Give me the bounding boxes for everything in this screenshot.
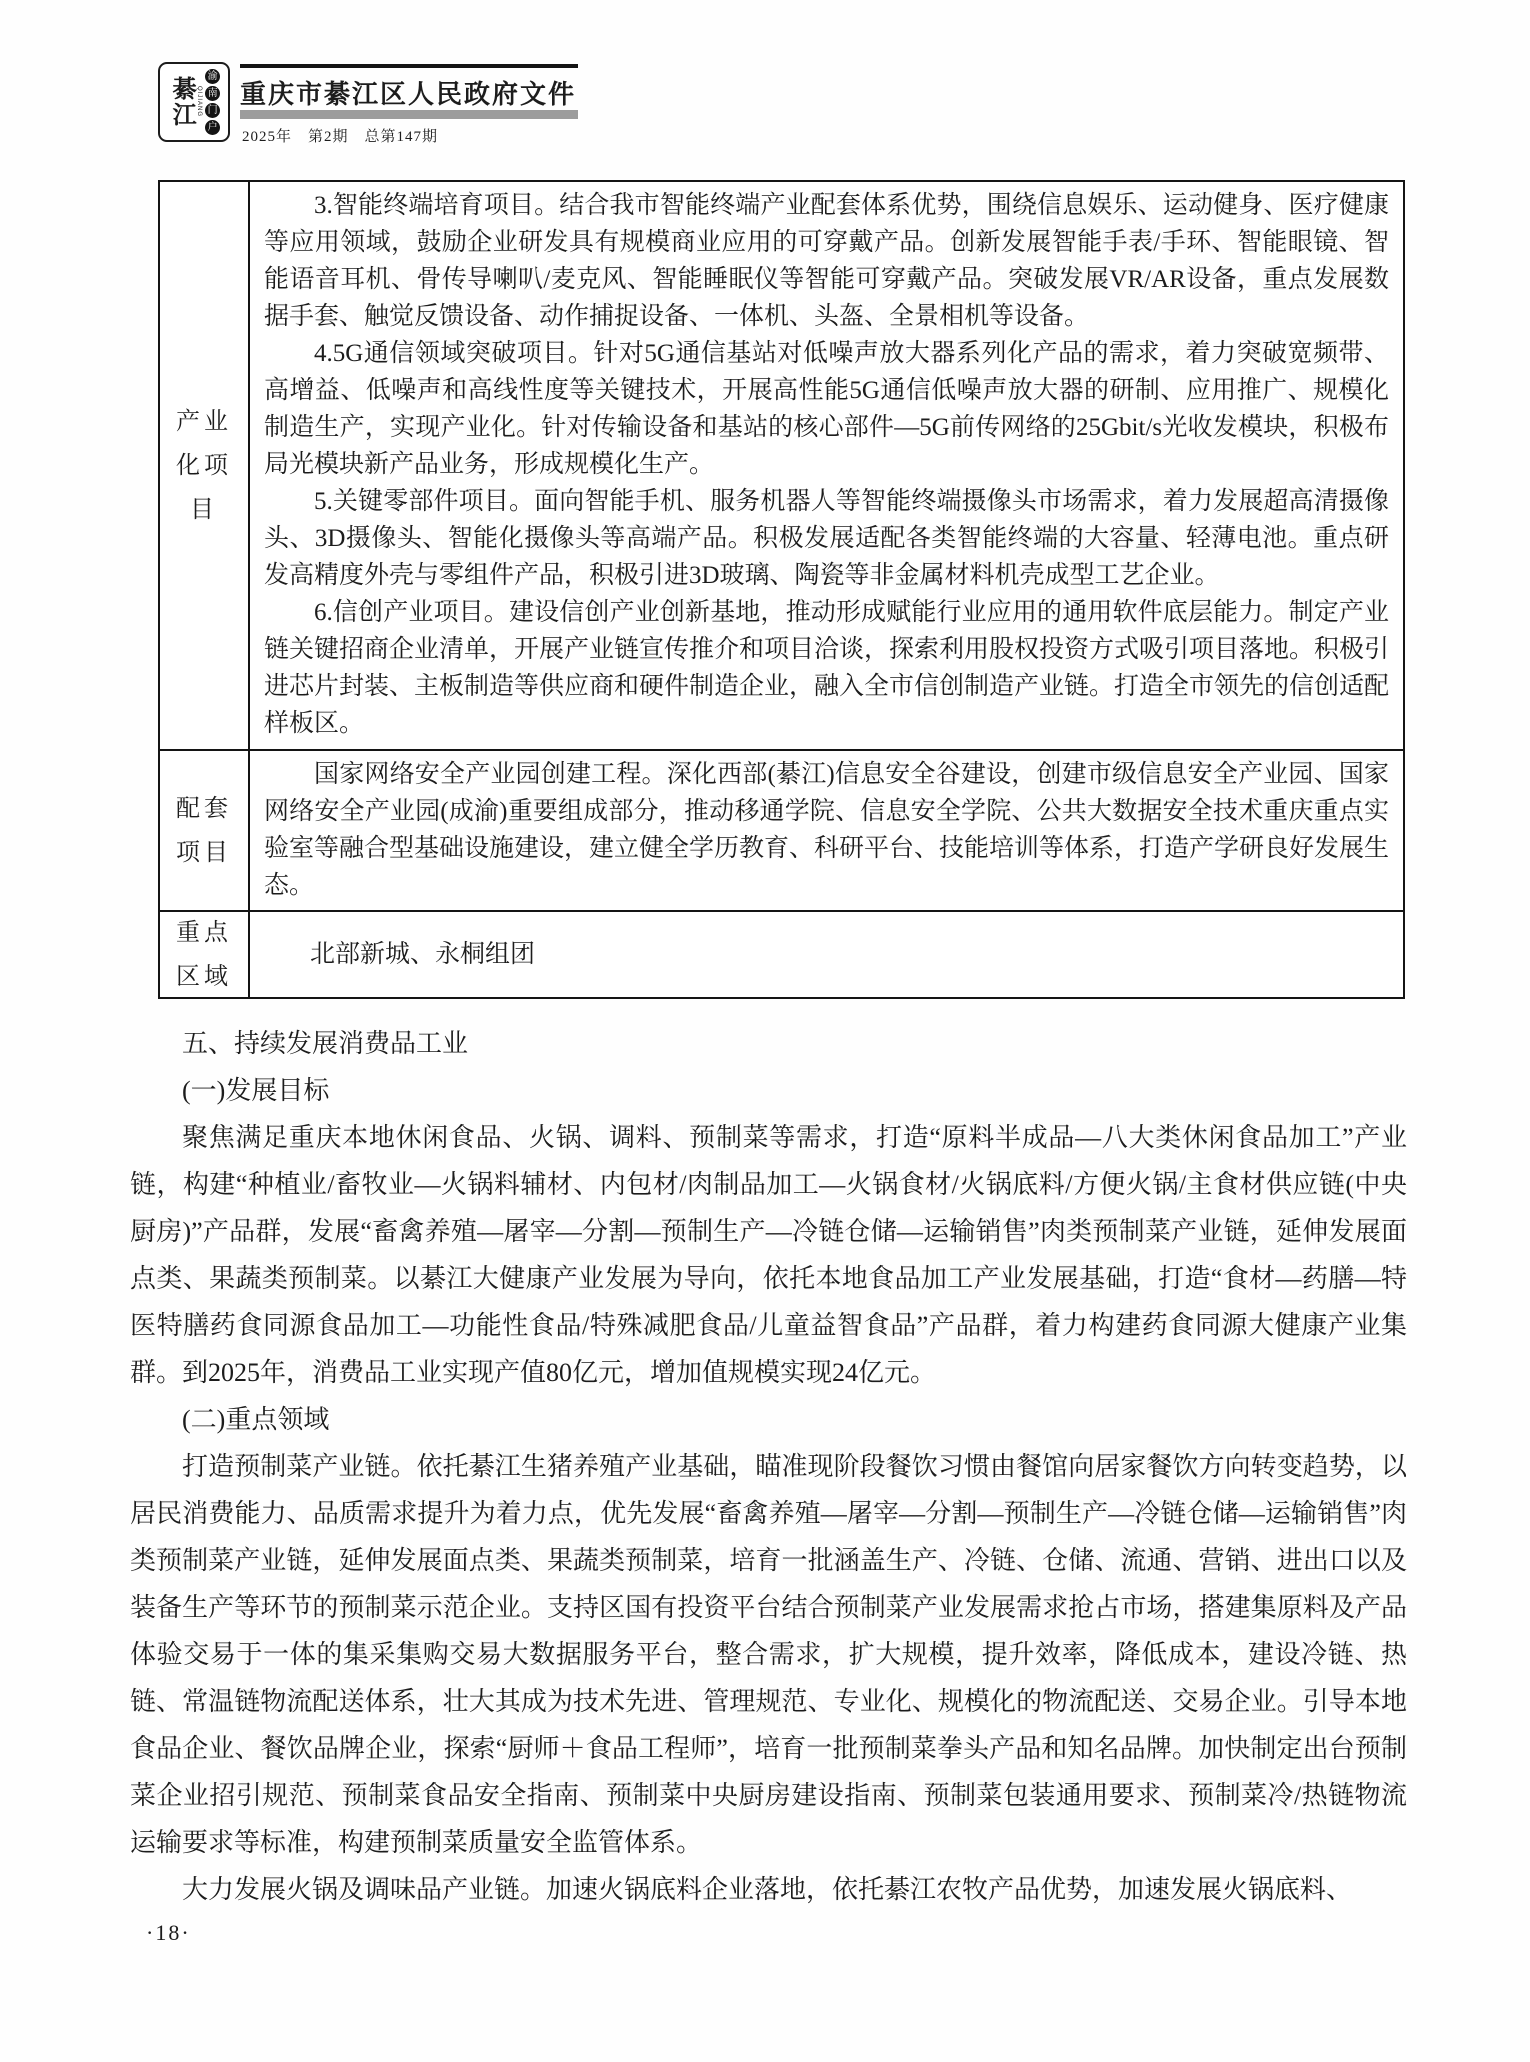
document-body: 五、持续发展消费品工业 (一)发展目标 聚焦满足重庆本地休闲食品、火锅、调料、预… xyxy=(130,1020,1407,1913)
logo-seal-column: 渝 南 门 户 xyxy=(205,69,220,135)
seal-icon: 门 xyxy=(205,103,220,118)
header-rule-gray xyxy=(240,110,578,119)
issue-info: 2025年 第2期 总第147期 xyxy=(242,125,438,146)
row-label-industrialization: 产业化项目 xyxy=(160,182,250,749)
row-label-support: 配套项目 xyxy=(160,751,250,910)
projects-table: 产业化项目 3.智能终端培育项目。结合我市智能终端产业配套体系优势，围绕信息娱乐… xyxy=(158,180,1405,999)
table-paragraph: 5.关键零部件项目。面向智能手机、服务机器人等智能终端摄像头市场需求，着力发展超… xyxy=(264,483,1389,594)
table-row-key-region: 重点区域 北部新城、永桐组团 xyxy=(160,910,1403,997)
page-number: ·18· xyxy=(146,1920,191,1946)
section-heading-consumer-industry: 五、持续发展消费品工业 xyxy=(130,1020,1407,1067)
qijiang-logo: 綦江 QIJIANG 渝 南 门 户 xyxy=(158,62,230,142)
seal-icon: 南 xyxy=(205,86,220,101)
document-title: 重庆市綦江区人民政府文件 xyxy=(240,74,600,111)
paragraph-hotpot-chain: 大力发展火锅及调味品产业链。加速火锅底料企业落地，依托綦江农牧产品优势，加速发展… xyxy=(130,1866,1407,1913)
paragraph-development-goals: 聚焦满足重庆本地休闲食品、火锅、调料、预制菜等需求，打造“原料半成品—八大类休闲… xyxy=(130,1114,1407,1396)
logo-latin-text: QIJIANG xyxy=(196,86,202,117)
table-paragraph: 3.智能终端培育项目。结合我市智能终端产业配套体系优势，围绕信息娱乐、运动健身、… xyxy=(264,187,1389,335)
row-content-key-region: 北部新城、永桐组团 xyxy=(250,912,1403,997)
table-row-support: 配套项目 国家网络安全产业园创建工程。深化西部(綦江)信息安全谷建设，创建市级信… xyxy=(160,749,1403,910)
document-page: 綦江 QIJIANG 渝 南 门 户 重庆市綦江区人民政府文件 2025年 第2… xyxy=(0,0,1530,2062)
table-paragraph: 北部新城、永桐组团 xyxy=(310,936,535,973)
header-rule-top xyxy=(240,64,578,68)
table-paragraph: 4.5G通信领域突破项目。针对5G通信基站对低噪声放大器系列化产品的需求，着力突… xyxy=(264,335,1389,483)
logo-name-vertical: 綦江 xyxy=(168,76,193,128)
seal-icon: 渝 xyxy=(205,69,220,84)
seal-icon: 户 xyxy=(205,120,220,135)
subsection-heading-key-areas: (二)重点领域 xyxy=(130,1396,1407,1443)
table-row-industrialization: 产业化项目 3.智能终端培育项目。结合我市智能终端产业配套体系优势，围绕信息娱乐… xyxy=(160,182,1403,749)
table-paragraph: 6.信创产业项目。建设信创产业创新基地，推动形成赋能行业应用的通用软件底层能力。… xyxy=(264,594,1389,742)
table-paragraph: 国家网络安全产业园创建工程。深化西部(綦江)信息安全谷建设，创建市级信息安全产业… xyxy=(264,756,1389,904)
subsection-heading-goals: (一)发展目标 xyxy=(130,1067,1407,1114)
paragraph-prepared-dishes-chain: 打造预制菜产业链。依托綦江生猪养殖产业基础，瞄准现阶段餐饮习惯由餐馆向居家餐饮方… xyxy=(130,1443,1407,1866)
row-label-key-region: 重点区域 xyxy=(160,912,250,997)
row-content-support: 国家网络安全产业园创建工程。深化西部(綦江)信息安全谷建设，创建市级信息安全产业… xyxy=(250,751,1403,910)
row-content-industrialization: 3.智能终端培育项目。结合我市智能终端产业配套体系优势，围绕信息娱乐、运动健身、… xyxy=(250,182,1403,749)
